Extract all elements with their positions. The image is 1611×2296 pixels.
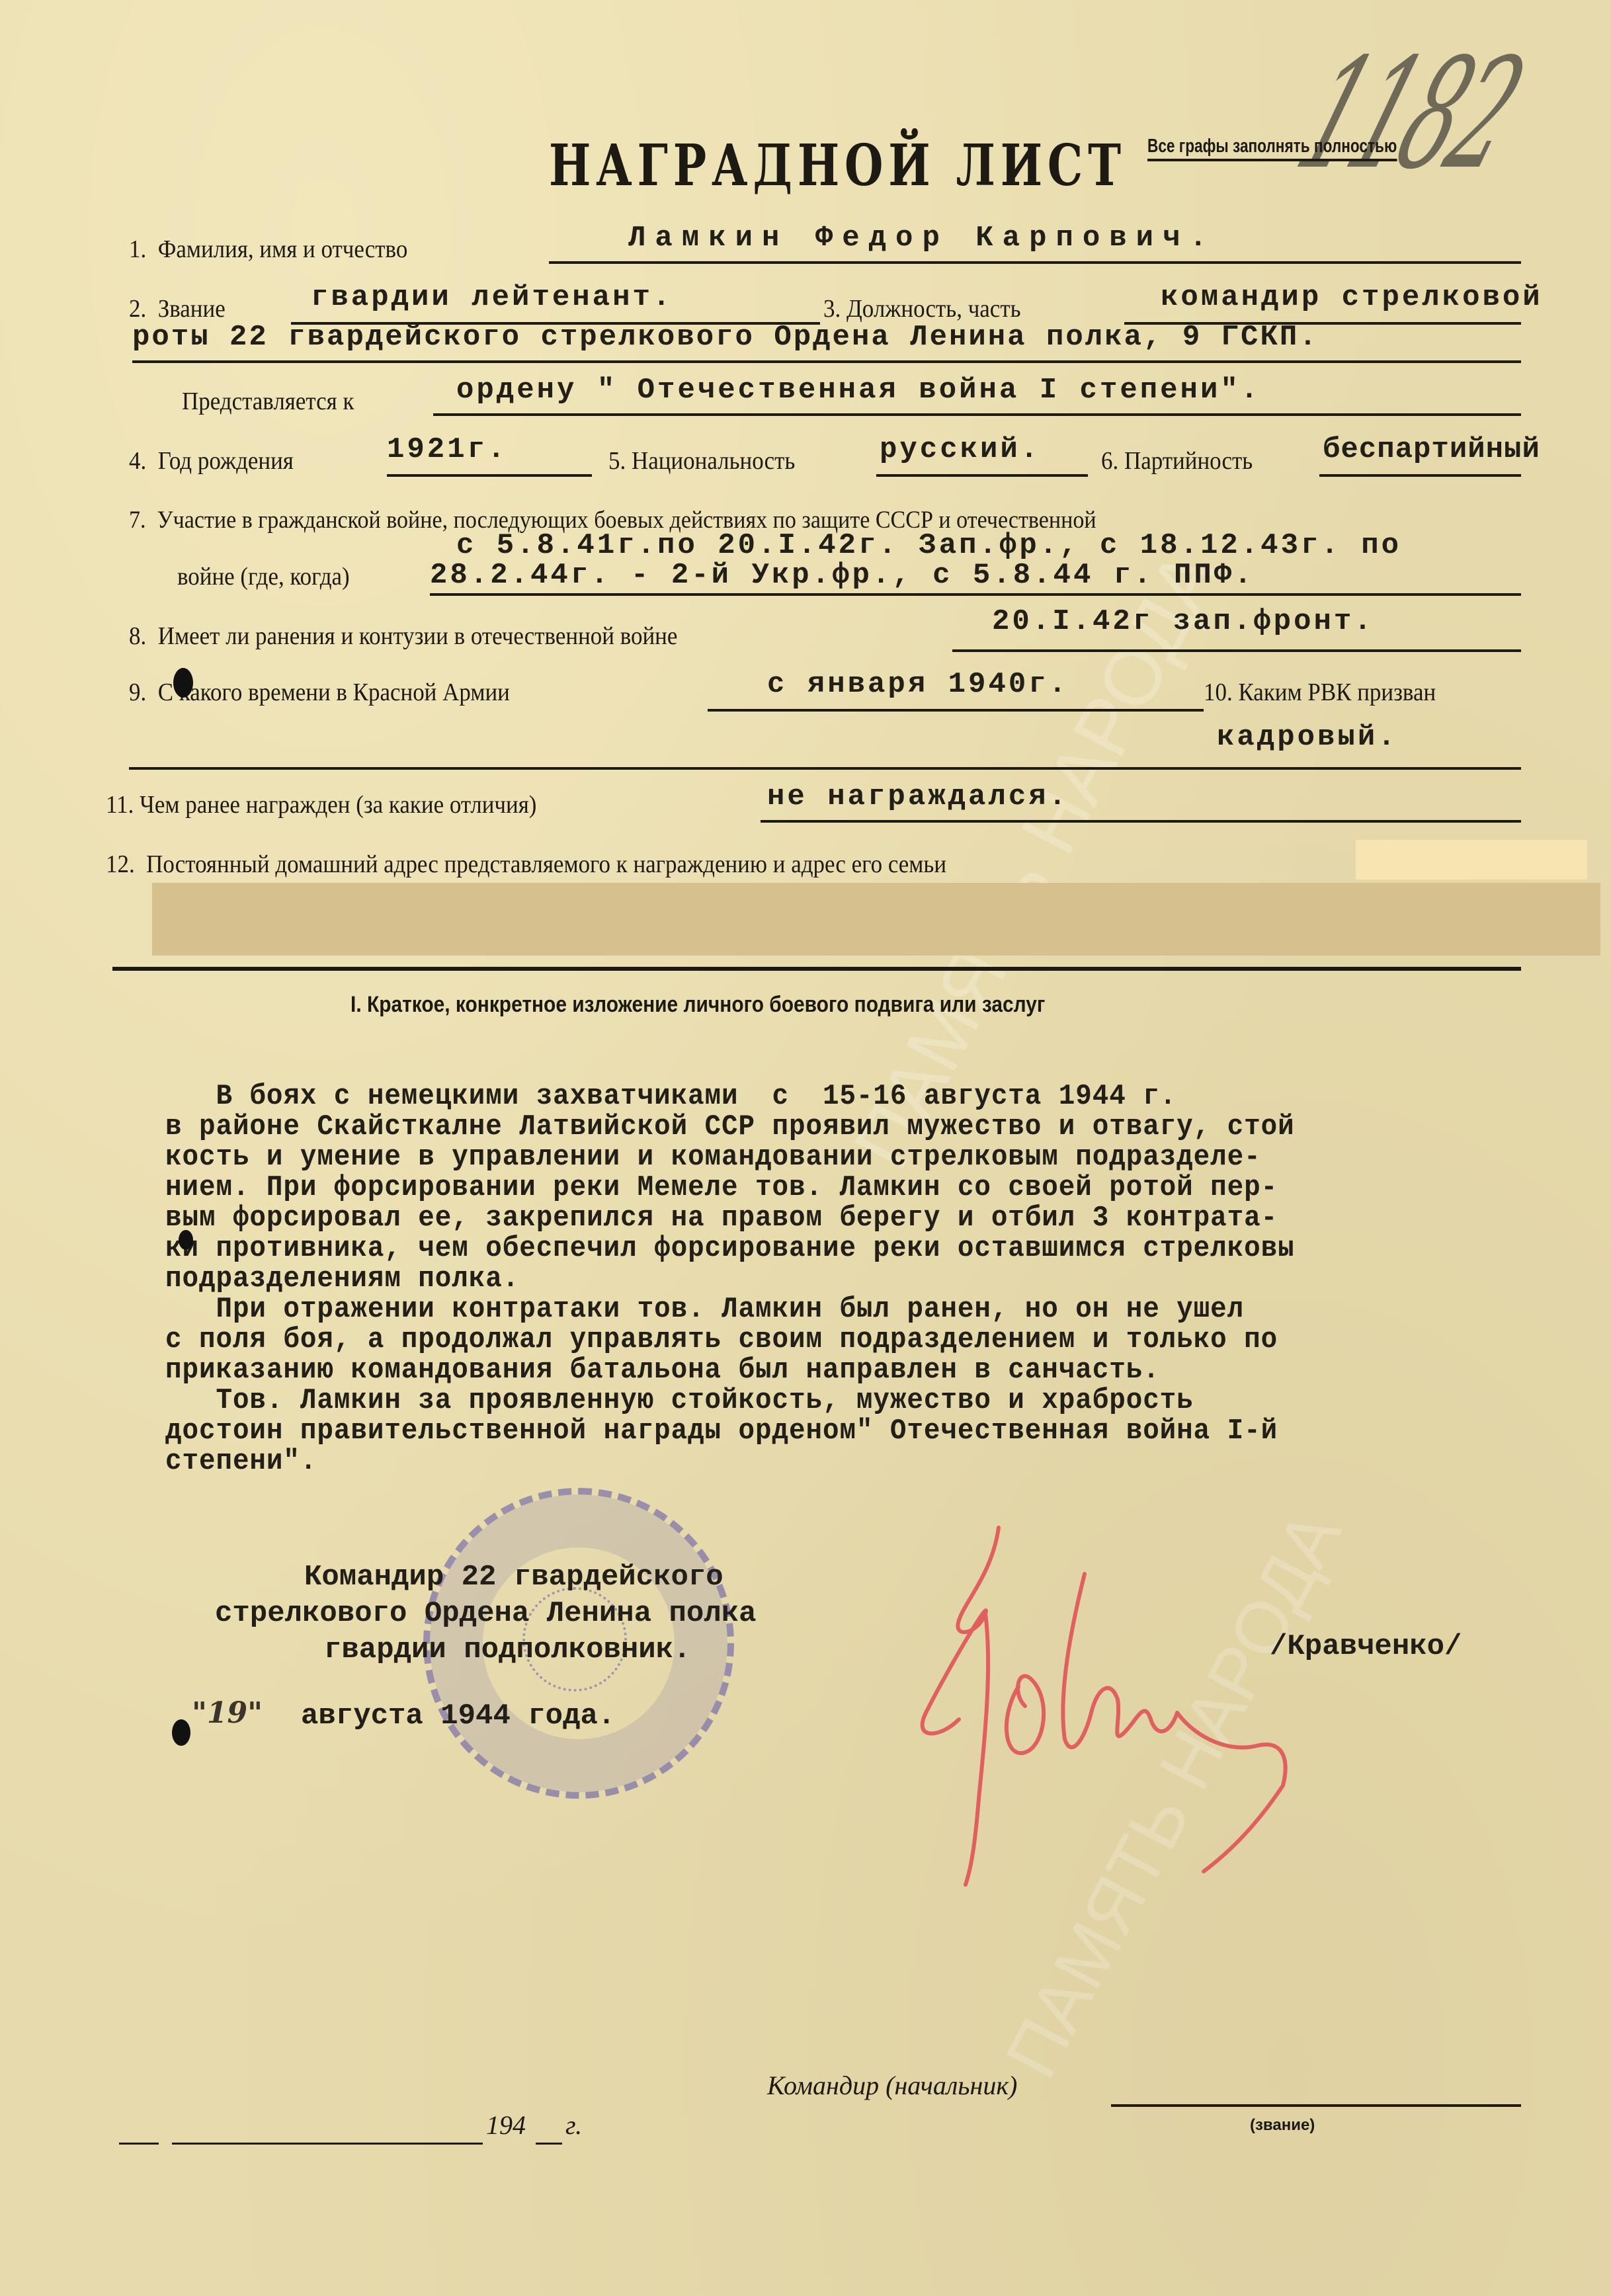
field-8-value: 20.I.42г зап.фронт. <box>992 605 1374 638</box>
field-1-label: 1. Фамилия, имя и отчество <box>129 235 407 264</box>
ink-blot <box>179 1230 193 1250</box>
field-2-value: гвардии лейтенант. <box>311 281 673 314</box>
field-10-value: кадровый. <box>1217 721 1398 754</box>
field-10-rule <box>129 767 1521 770</box>
field-10-label: 10. Каким РВК призван <box>1204 678 1436 707</box>
field-11-label: 11. Чем ранее награжден (за какие отличи… <box>106 790 536 819</box>
field-4-label: 4. Год рождения <box>129 446 294 475</box>
field-3-value-line1: командир стрелковой <box>1161 281 1543 314</box>
footer-date-suffix: г. <box>565 2110 582 2141</box>
field-8-rule <box>952 649 1521 652</box>
field-2-label: 2. Звание <box>129 294 226 323</box>
red-handwritten-signature <box>886 1521 1349 1891</box>
field-11-rule <box>761 820 1521 823</box>
footer-date-month-rule <box>172 2143 483 2145</box>
field-6-label: 6. Партийность <box>1101 446 1253 475</box>
field-3-value-line2: роты 22 гвардейского стрелкового Ордена … <box>132 321 1319 354</box>
field-12-label: 12. Постоянный домашний адрес представля… <box>106 850 946 879</box>
nominated-label: Представляется к <box>182 387 354 416</box>
footer-rank-caption: (звание) <box>1250 2116 1315 2135</box>
footer-commander-rule <box>1111 2104 1521 2107</box>
footer-commander-label: Командир (начальник) <box>767 2070 1017 2101</box>
section-divider <box>112 967 1521 971</box>
ink-blot <box>172 1719 190 1746</box>
field-1-value: Ламкин Федор Карпович. <box>628 222 1216 255</box>
section-1-heading: I. Краткое, конкретное изложение личного… <box>351 992 1045 1018</box>
field-11-value: не награждался. <box>767 780 1069 813</box>
document-title: НАГРАДНОЙ ЛИСТ <box>549 132 1126 199</box>
ink-blot <box>173 668 193 698</box>
signature-date-day: "19" <box>192 1696 263 1730</box>
field-5-value: русский. <box>880 433 1040 466</box>
field-7-value-line1: с 5.8.41г.по 20.I.42г. Зап.фр., с 18.12.… <box>456 529 1401 562</box>
field-6-value: беспартийный <box>1323 433 1540 466</box>
field-9-rule <box>708 709 1204 712</box>
footer-date-year-rule <box>536 2143 562 2145</box>
signer-rank: гвардии подполковник. <box>324 1633 691 1666</box>
field-4-rule <box>387 474 592 477</box>
achievement-narrative: В боях с немецкими захватчиками с 15-16 … <box>165 1081 1295 1477</box>
nominated-rule <box>433 413 1521 416</box>
field-7-label-line2: войне (где, когда) <box>177 562 350 591</box>
field-8-label: 8. Имеет ли ранения и контузии в отечест… <box>129 622 677 651</box>
signer-title-line1: Командир 22 гвардейского <box>304 1561 723 1594</box>
field-9-value: с января 1940г. <box>767 668 1069 701</box>
signature-date: августа 1944 года. <box>301 1700 615 1733</box>
field-1-rule <box>549 261 1521 264</box>
field-5-rule <box>876 474 1088 477</box>
field-4-value: 1921г. <box>387 433 507 466</box>
footer-date-day-rule <box>119 2143 159 2145</box>
field-3-rule-2 <box>132 360 1521 363</box>
nominated-value: ордену " Отечественная война I степени". <box>456 374 1260 407</box>
footer-date-year: 194 <box>486 2110 526 2141</box>
signer-title-line2: стрелкового Ордена Ленина полка <box>215 1597 757 1630</box>
field-7-value-line2: 28.2.44г. - 2-й Укр.фр., с 5.8.44 г. ППФ… <box>430 559 1255 592</box>
field-7-rule <box>430 593 1521 596</box>
field-3-label: 3. Должность, часть <box>823 294 1021 323</box>
field-6-rule <box>1319 474 1521 477</box>
field-5-label: 5. Национальность <box>608 446 795 475</box>
redacted-address-area <box>152 883 1600 956</box>
redacted-address-box <box>1356 840 1587 880</box>
fill-instruction: Все графы заполнять полностью <box>1147 136 1397 161</box>
